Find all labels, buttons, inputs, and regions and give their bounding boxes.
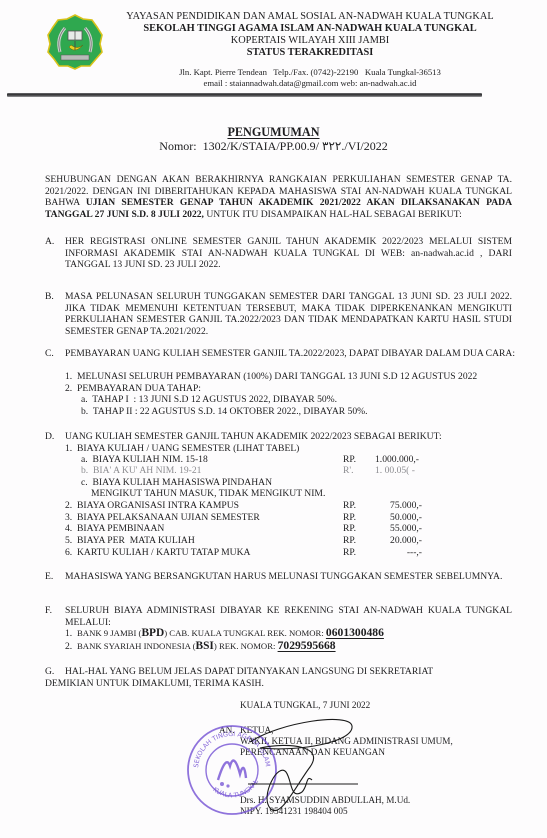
- item-number: a.: [81, 454, 88, 465]
- item-text: MELUNASI SELURUH PEMBAYARAN (100%) DARI …: [77, 371, 477, 382]
- intro-text-end: UNTUK ITU DISAMPAIKAN HAL-HAL SEBAGAI BE…: [204, 209, 462, 220]
- item-number: 2.: [65, 641, 72, 652]
- item-number: a.: [81, 394, 88, 405]
- closing-text: DEMIKIAN UNTUK DIMAKLUMI, TERIMA KASIH.: [45, 678, 264, 690]
- item-text: PEMBAYARAN DUA TAHAP:: [77, 383, 201, 394]
- item-number: 1.: [65, 371, 72, 382]
- tuition-b-amount: 1. 00.05( -: [375, 465, 437, 477]
- bank-account-number: 0601300486: [326, 626, 384, 639]
- fee-amount: 75.000,-: [360, 500, 422, 512]
- fee-label: BIAYA PEMBINAAN: [77, 523, 164, 534]
- section-g-text: HAL-HAL YANG BELUM JELAS DAPAT DITANYAKA…: [65, 666, 433, 678]
- section-a-text: HER REGISTRASI ONLINE SEMESTER GANJIL TA…: [65, 236, 512, 271]
- fee-row: 2. BIAYA ORGANISASI INTRA KAMPUS: [65, 500, 239, 512]
- fee-row: 3. BIAYA PELAKSANAAN UJIAN SEMESTER: [65, 512, 260, 524]
- section-c-text: PEMBAYARAN UANG KULIAH SEMESTER GANJIL T…: [65, 348, 515, 360]
- item-number: 2.: [65, 383, 72, 394]
- fee-currency: RP.: [343, 523, 356, 535]
- item-number: 3.: [65, 512, 72, 523]
- fee-amount: 20.000,-: [360, 535, 422, 547]
- tuition-b-currency: R'.: [343, 465, 354, 477]
- section-d-item-1: 1. BIAYA KULIAH / UANG SEMESTER (LIHAT T…: [65, 443, 299, 455]
- fee-currency: RP.: [343, 512, 356, 524]
- item-number: b.: [81, 406, 88, 417]
- item-number: 5.: [65, 535, 72, 546]
- bank-bpd-row: 1. BANK 9 JAMBI (BPD) CAB. KUALA TUNGKAL…: [65, 627, 384, 640]
- fee-row: 5. BIAYA PER MATA KULIAH: [65, 535, 195, 547]
- item-text: BIAYA KULIAH / UANG SEMESTER (LIHAT TABE…: [77, 443, 299, 454]
- bank-account-number: 7029595668: [278, 639, 336, 652]
- item-number: 4.: [65, 523, 72, 534]
- handwritten-signature: [240, 712, 360, 822]
- document-number: Nomor: 1302/K/STAIA/PP.00.9/ ٣٢٢./VI/202…: [0, 139, 547, 154]
- fee-label: BIAYA PELAKSANAAN UJIAN SEMESTER: [77, 512, 260, 523]
- fee-row: 6. KARTU KULIAH / KARTU TATAP MUKA: [65, 547, 250, 559]
- page-title: PENGUMUMAN: [0, 125, 547, 140]
- item-number: 6.: [65, 547, 72, 558]
- bank-name: BANK 9 JAMBI (: [77, 628, 141, 638]
- item-text: TAHAP II : 22 AGUSTUS S.D. 14 OKTOBER 20…: [93, 406, 368, 417]
- bank-bsi-row: 2. BANK SYARIAH INDONESIA (BSI) REK. NOM…: [65, 640, 336, 653]
- bank-code: BPD: [141, 627, 164, 639]
- tuition-row-a: a. BIAYA KULIAH NIM. 15-18: [81, 454, 208, 466]
- fee-label: BIAYA ORGANISASI INTRA KAMPUS: [77, 500, 239, 511]
- title-text: PENGUMUMAN: [227, 125, 319, 139]
- region-name: KOPERTAIS WILAYAH XIII JAMBI: [120, 35, 500, 46]
- contact-line: email : staiannadwah.data@gmail.com web:…: [120, 78, 500, 88]
- fee-row: 4. BIAYA PEMBINAAN: [65, 523, 164, 535]
- section-g-letter: G.: [45, 666, 54, 678]
- address-line: Jln. Kapt. Pierre Tendean Telp./Fax. (07…: [120, 67, 500, 77]
- fee-currency: RP.: [343, 547, 356, 559]
- section-f-text: SELURUH BIAYA ADMINISTRASI DIBAYAR KE RE…: [65, 605, 512, 628]
- intro-paragraph: SEHUBUNGAN DENGAN AKAN BERAKHIRNYA RANGK…: [45, 174, 512, 220]
- announcement-document: YAYASAN PENDIDIKAN DAN AMAL SOSIAL AN-NA…: [0, 0, 547, 838]
- section-d-text: UANG KULIAH SEMESTER GANJIL TAHUN AKADEM…: [65, 431, 515, 443]
- tuition-a-amount: 1.000.000,-: [375, 454, 437, 466]
- item-number: 1.: [65, 628, 72, 639]
- fee-label: KARTU KULIAH / KARTU TATAP MUKA: [77, 547, 250, 558]
- item-number: 1.: [65, 443, 72, 454]
- bank-name: BANK SYARIAH INDONESIA (: [77, 641, 196, 651]
- fee-amount: ---,-: [360, 547, 422, 559]
- section-c-subitem-a: a. TAHAP I : 13 JUNI S.D 12 AGUSTUS 2022…: [81, 394, 337, 406]
- item-number: b.: [81, 465, 88, 476]
- item-text: BIAYA KULIAH MAHASISWA PINDAHAN: [92, 477, 272, 488]
- fee-amount: 55.000,-: [360, 523, 422, 535]
- section-c-subitem-b: b. TAHAP II : 22 AGUSTUS S.D. 14 OKTOBER…: [81, 406, 368, 418]
- fee-currency: RP.: [343, 500, 356, 512]
- place-date: KUALA TUNGKAL, 7 JUNI 2022: [240, 700, 370, 711]
- tuition-row-b: b. BIA' A KU' AH NIM. 19-21: [81, 465, 201, 477]
- bank-branch: ) CAB. KUALA TUNGKAL REK. NOMOR:: [164, 628, 326, 638]
- foundation-name: YAYASAN PENDIDIKAN DAN AMAL SOSIAL AN-NA…: [120, 11, 500, 22]
- bank-branch: ) REK. NOMOR:: [214, 641, 278, 651]
- item-number: c.: [81, 477, 88, 488]
- accreditation-status: STATUS TERAKREDITASI: [120, 47, 500, 58]
- section-c-item-1: 1. MELUNASI SELURUH PEMBAYARAN (100%) DA…: [65, 371, 477, 383]
- fee-currency: RP.: [343, 535, 356, 547]
- section-b-text: MASA PELUNASAN SELURUH TUNGGAKAN SEMESTE…: [65, 291, 512, 337]
- item-text: BIAYA KULIAH NIM. 15-18: [92, 454, 207, 465]
- letterhead-divider: [7, 93, 482, 97]
- fee-amount: 50.000,-: [360, 512, 422, 524]
- tuition-a-currency: RP.: [343, 454, 356, 466]
- section-a-letter: A.: [45, 236, 54, 248]
- item-number: 2.: [65, 500, 72, 511]
- item-text: TAHAP I : 13 JUNI S.D 12 AGUSTUS 2022, D…: [92, 394, 337, 405]
- section-f-letter: F.: [45, 605, 52, 617]
- section-e-text: MAHASISWA YANG BERSANGKUTAN HARUS MELUNA…: [65, 571, 512, 583]
- bank-code: BSI: [196, 640, 214, 652]
- section-e-letter: E.: [45, 571, 53, 583]
- institution-name: SEKOLAH TINGGI AGAMA ISLAM AN-NADWAH KUA…: [120, 23, 500, 34]
- section-c-item-2: 2. PEMBAYARAN DUA TAHAP:: [65, 383, 201, 395]
- section-d-letter: D.: [45, 431, 54, 443]
- item-text: BIA' A KU' AH NIM. 19-21: [93, 465, 201, 476]
- fee-label: BIAYA PER MATA KULIAH: [77, 535, 195, 546]
- tuition-row-c-note: MENGIKUT TAHUN MASUK, TIDAK MENGIKUT NIM…: [91, 488, 325, 500]
- section-b-letter: B.: [45, 291, 54, 303]
- tuition-row-c: c. BIAYA KULIAH MAHASISWA PINDAHAN: [81, 477, 272, 489]
- section-c-letter: C.: [45, 348, 54, 360]
- institution-crest-icon: [47, 14, 103, 70]
